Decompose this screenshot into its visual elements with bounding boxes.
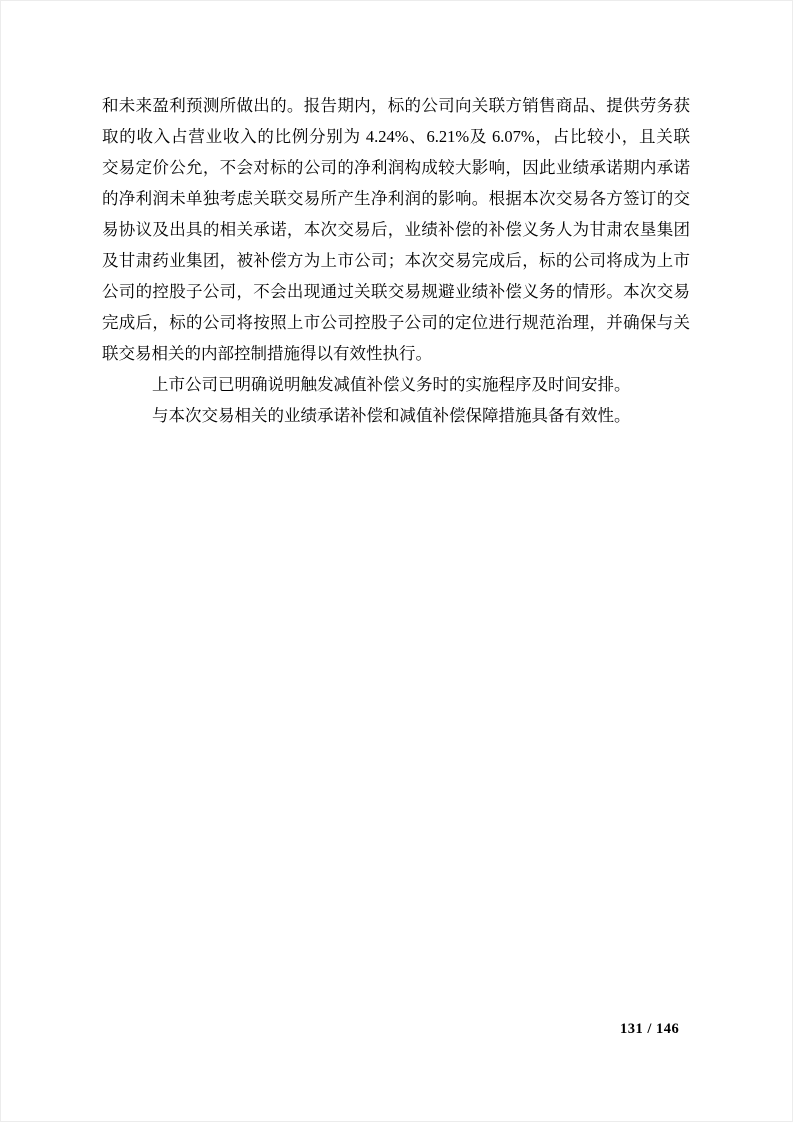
paragraph-1-line: 及甘肃药业集团，被补偿方为上市公司；本次交易完成后，标的公司将成为上市	[102, 245, 690, 276]
document-body: 和未来盈利预测所做出的。报告期内，标的公司向关联方销售商品、提供劳务获 取的收入…	[102, 90, 690, 431]
paragraph-1-line: 交易定价公允，不会对标的公司的净利润构成较大影响，因此业绩承诺期内承诺	[102, 152, 690, 183]
paragraph-1-line: 联交易相关的内部控制措施得以有效性执行。	[102, 338, 690, 369]
paragraph-1-line: 易协议及出具的相关承诺，本次交易后，业绩补偿的补偿义务人为甘肃农垦集团	[102, 214, 690, 245]
paragraph-1-line: 和未来盈利预测所做出的。报告期内，标的公司向关联方销售商品、提供劳务获	[102, 90, 690, 121]
paragraph-1-line: 公司的控股子公司，不会出现通过关联交易规避业绩补偿义务的情形。本次交易	[102, 276, 690, 307]
paragraph-1-line: 的净利润未单独考虑关联交易所产生净利润的影响。根据本次交易各方签订的交	[102, 183, 690, 214]
paragraph-1-line: 取的收入占营业收入的比例分别为 4.24%、6.21%及 6.07%，占比较小，…	[102, 121, 690, 152]
paragraph-3: 与本次交易相关的业绩承诺补偿和减值补偿保障措施具备有效性。	[102, 400, 690, 431]
page-number: 131 / 146	[620, 1021, 679, 1038]
document-page: 和未来盈利预测所做出的。报告期内，标的公司向关联方销售商品、提供劳务获 取的收入…	[0, 0, 793, 1122]
paragraph-2: 上市公司已明确说明触发减值补偿义务时的实施程序及时间安排。	[102, 369, 690, 400]
paragraph-1-line: 完成后，标的公司将按照上市公司控股子公司的定位进行规范治理，并确保与关	[102, 307, 690, 338]
